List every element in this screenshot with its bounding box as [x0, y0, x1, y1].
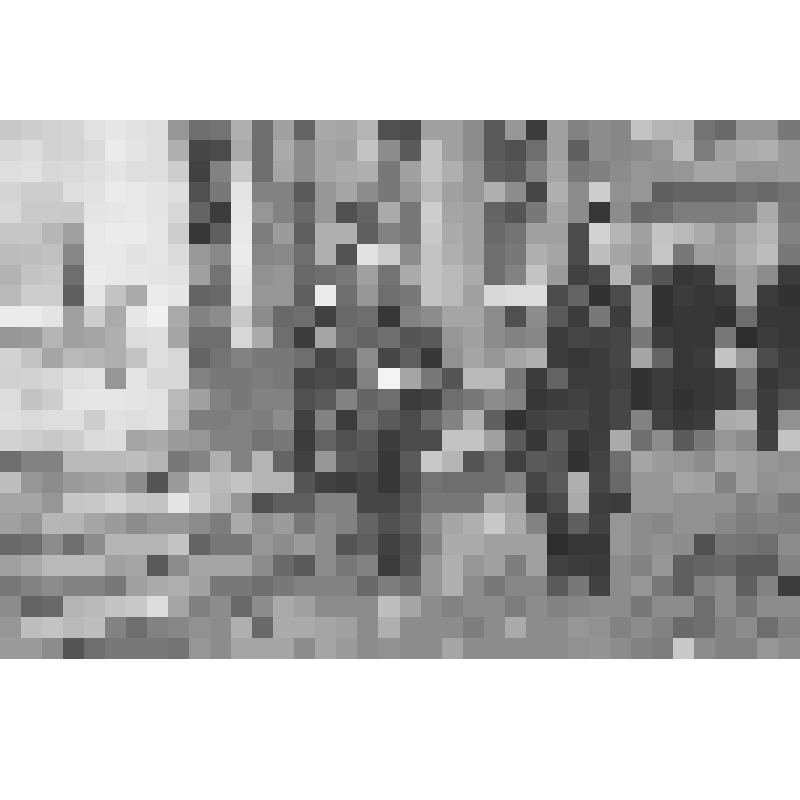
pixelated-image-canvas: [0, 120, 800, 659]
pixelated-photo: [0, 120, 800, 659]
page-background: [0, 0, 800, 800]
